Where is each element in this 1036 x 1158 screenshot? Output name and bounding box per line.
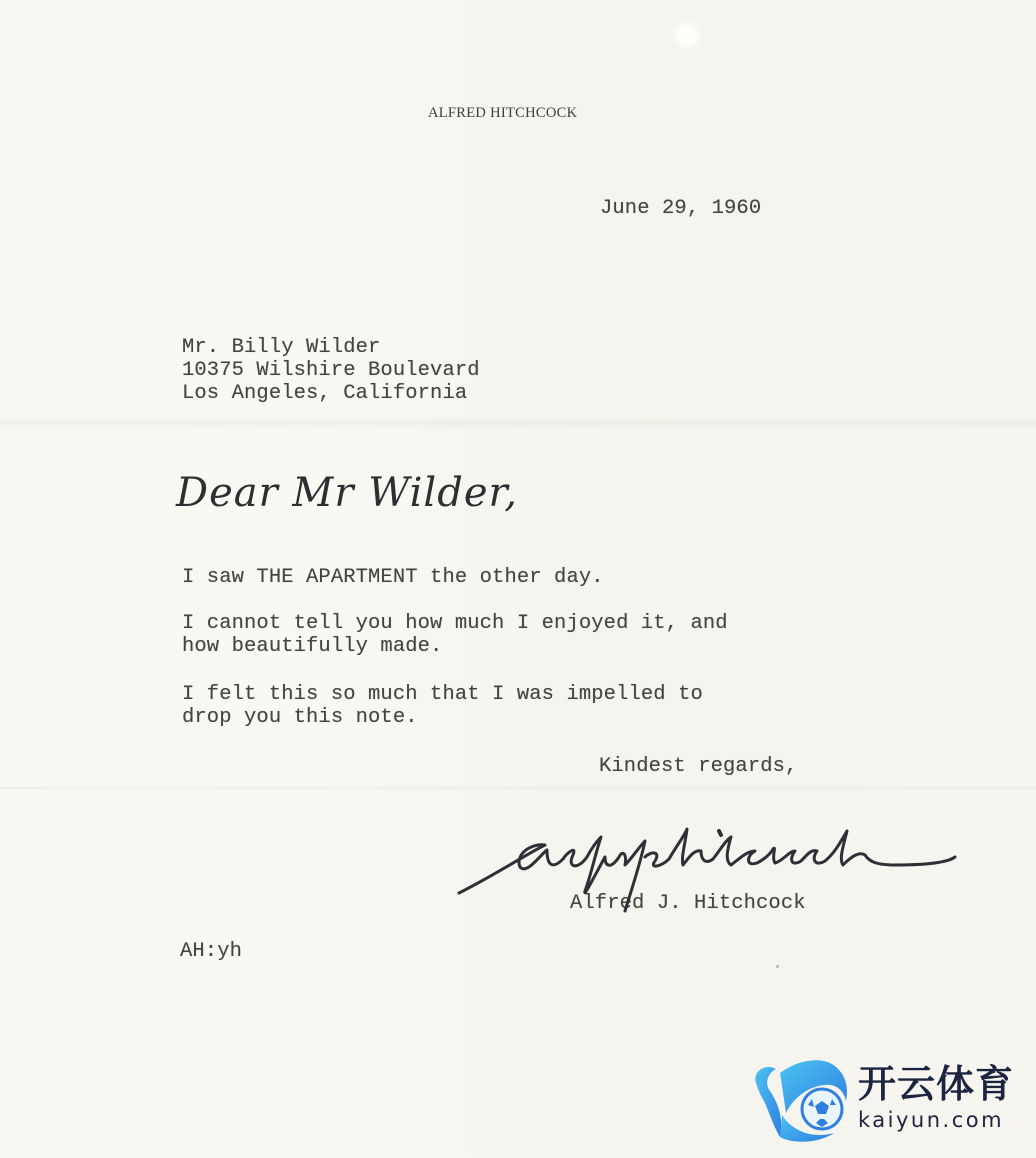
body-paragraph: I saw THE APARTMENT the other day. — [182, 566, 604, 589]
k-soccer-ball-logo-icon — [746, 1053, 856, 1143]
paper-hole — [672, 20, 702, 50]
recipient-name: Mr. Billy Wilder — [182, 336, 380, 359]
recipient-city: Los Angeles, California — [182, 382, 467, 405]
recipient-address: Mr. Billy Wilder 10375 Wilshire Boulevar… — [182, 336, 480, 405]
letter-date: June 29, 1960 — [600, 197, 761, 220]
recipient-street: 10375 Wilshire Boulevard — [182, 359, 480, 382]
paper-speck — [776, 965, 779, 968]
body-paragraph: I cannot tell you how much I enjoyed it,… — [182, 612, 728, 658]
handwritten-signature-icon — [455, 815, 965, 925]
reference-initials: AH:yh — [180, 940, 242, 963]
paper-fold-line — [0, 418, 1036, 424]
kaiyun-watermark: 开云体育 kaiyun.com — [746, 1048, 1026, 1148]
watermark-brand-cn: 开云体育 — [858, 1062, 1014, 1106]
watermark-domain: kaiyun.com — [858, 1106, 1014, 1134]
letterhead: ALFRED HITCHCOCK — [428, 105, 577, 122]
closing: Kindest regards, — [599, 755, 797, 778]
paper-fold-line — [0, 785, 1036, 791]
handwritten-salutation: Dear Mr Wilder, — [176, 470, 518, 516]
body-paragraph: I felt this so much that I was impelled … — [182, 683, 703, 729]
